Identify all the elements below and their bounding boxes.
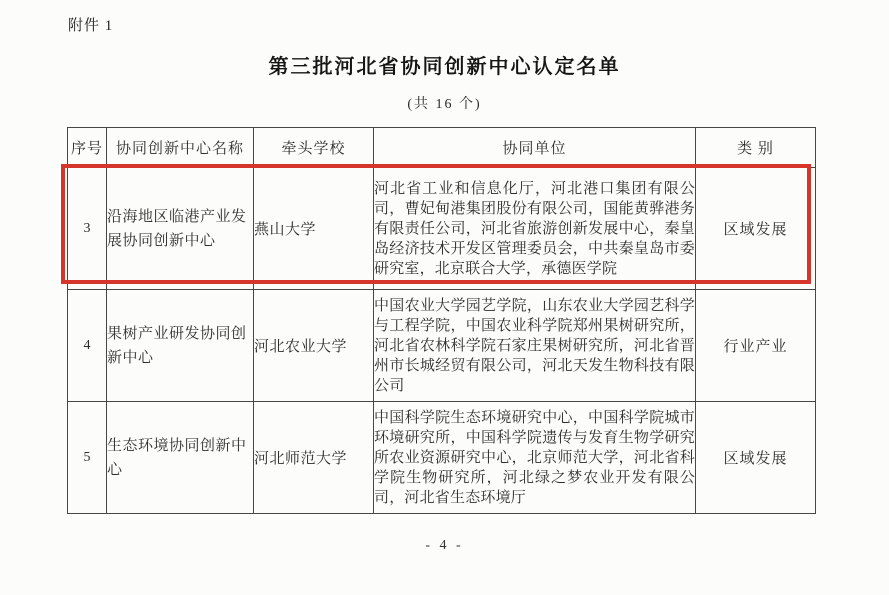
cell-center-name: 果树产业研发协同创新中心 [107,290,254,402]
centers-table: 序号 协同创新中心名称 牵头学校 协同单位 类 别 3 沿海地区临港产业发展协同… [67,127,816,514]
page-title: 第三批河北省协同创新中心认定名单 [0,50,889,79]
page-number: - 4 - [0,538,889,554]
cell-partners: 河北省工业和信息化厅，河北港口集团有限公司，曹妃甸港集团股份有限公司，国能黄骅港… [374,168,696,290]
cell-serial: 4 [68,290,107,402]
cell-lead-school: 河北农业大学 [254,290,374,402]
cell-center-name: 生态环境协同创新中心 [107,402,254,514]
cell-partners: 中国农业大学园艺学院，山东农业大学园艺科学与工程学院，中国农业科学院郑州果树研究… [374,290,696,402]
cell-serial: 5 [68,402,107,514]
col-header-lead-school: 牵头学校 [254,128,374,168]
table-row: 4 果树产业研发协同创新中心 河北农业大学 中国农业大学园艺学院，山东农业大学园… [68,290,816,402]
col-header-category: 类 别 [696,128,816,168]
cell-category: 行业产业 [696,290,816,402]
cell-serial: 3 [68,168,107,290]
table-header-row: 序号 协同创新中心名称 牵头学校 协同单位 类 别 [68,128,816,168]
cell-category: 区域发展 [696,168,816,290]
col-header-serial: 序号 [68,128,107,168]
cell-lead-school: 河北师范大学 [254,402,374,514]
col-header-center-name: 协同创新中心名称 [107,128,254,168]
count-subtitle: (共 16 个) [0,93,889,113]
table-row: 3 沿海地区临港产业发展协同创新中心 燕山大学 河北省工业和信息化厅，河北港口集… [68,168,816,290]
attachment-label: 附件 1 [68,14,113,35]
table-row: 5 生态环境协同创新中心 河北师范大学 中国科学院生态环境研究中心，中国科学院城… [68,402,816,514]
cell-center-name: 沿海地区临港产业发展协同创新中心 [107,168,254,290]
col-header-partners: 协同单位 [374,128,696,168]
cell-partners: 中国科学院生态环境研究中心，中国科学院城市环境研究所，中国科学院遗传与发育生物学… [374,402,696,514]
document-page: 附件 1 第三批河北省协同创新中心认定名单 (共 16 个) 序号 协同创新中心… [0,0,889,595]
cell-lead-school: 燕山大学 [254,168,374,290]
cell-category: 区域发展 [696,402,816,514]
